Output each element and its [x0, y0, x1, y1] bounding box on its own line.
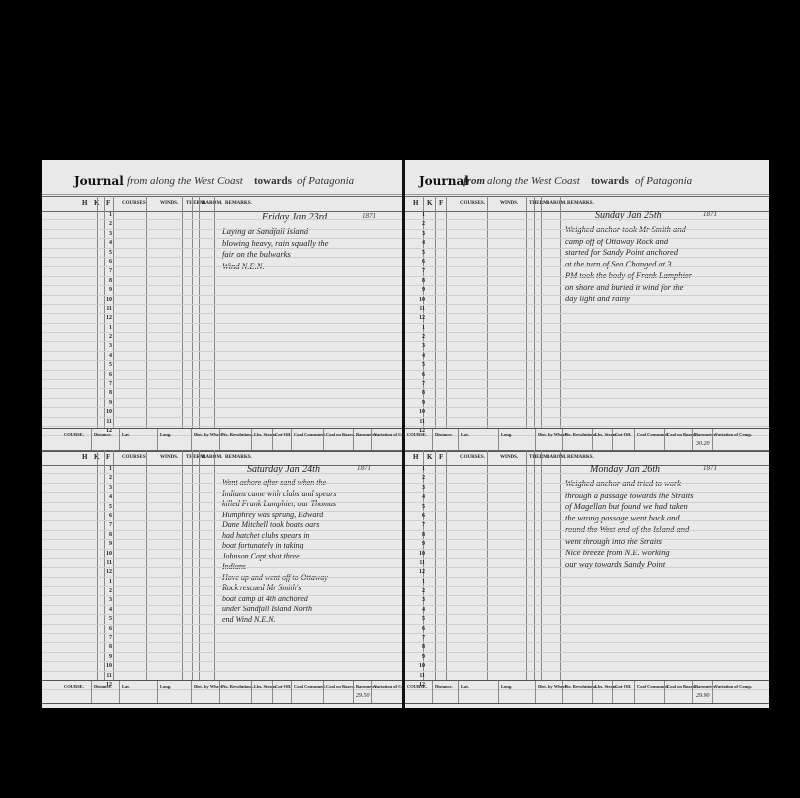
- hour-number: 3: [413, 343, 425, 349]
- journal-label: Journal: [74, 174, 124, 188]
- hour-number: 1: [413, 325, 425, 331]
- form-label: Long.: [501, 684, 512, 689]
- hour-number: 3: [100, 485, 112, 491]
- log-hour-row: 1: [405, 465, 769, 474]
- hour-number: 8: [413, 532, 425, 538]
- form-label: F: [439, 453, 443, 461]
- log-hour-row: 9: [405, 653, 769, 662]
- form-label: No. Revolutions.: [222, 432, 254, 437]
- form-label: Cut-Off.: [275, 432, 291, 437]
- form-label: COURSE.: [407, 684, 427, 689]
- log-hour-row: 1: [405, 211, 769, 220]
- form-label: Coal on Board.: [326, 684, 355, 689]
- hour-number: 5: [100, 616, 112, 622]
- form-label: COURSES.: [460, 201, 485, 206]
- log-hour-row: 5: [405, 503, 769, 512]
- journal-label: Journal: [419, 174, 469, 188]
- hour-number: 6: [100, 513, 112, 519]
- column-divider: [498, 681, 499, 703]
- hour-number: 8: [100, 278, 112, 284]
- column-divider: [692, 429, 693, 451]
- hour-number: 8: [100, 390, 112, 396]
- log-hour-row: 5: [405, 615, 769, 624]
- form-label: WINDS.: [160, 201, 178, 206]
- log-hour-row: 7: [405, 634, 769, 643]
- log-hour-row: 6: [42, 625, 403, 634]
- hour-number: 7: [100, 381, 112, 387]
- log-hour-row: 12: [405, 568, 769, 577]
- hour-number: 1: [100, 466, 112, 472]
- column-divider: [353, 429, 354, 451]
- log-hour-row: 8: [405, 277, 769, 286]
- hour-number: 7: [413, 268, 425, 274]
- column-divider: [535, 681, 536, 703]
- title-from: from: [463, 175, 485, 187]
- column-divider: [251, 681, 252, 703]
- column-divider: [323, 429, 324, 451]
- hour-number: 9: [100, 654, 112, 660]
- log-hour-row: 1: [42, 578, 403, 587]
- log-hour-row: 8: [405, 531, 769, 540]
- hour-number: 10: [100, 551, 112, 557]
- log-hour-row: 12: [42, 314, 403, 323]
- hour-number: 2: [100, 475, 112, 481]
- column-divider: [371, 681, 372, 703]
- log-hour-row: 11: [405, 418, 769, 427]
- log-hour-row: 2: [405, 333, 769, 342]
- log-hour-row: 11: [42, 418, 403, 427]
- form-label: COURSES.: [122, 455, 147, 460]
- hour-number: 4: [413, 607, 425, 613]
- hour-number: 11: [413, 419, 425, 425]
- hour-number: 11: [413, 560, 425, 566]
- hour-number: 12: [100, 315, 112, 321]
- log-hour-row: 7: [42, 634, 403, 643]
- form-label: Cut-Off.: [275, 684, 291, 689]
- column-divider: [612, 681, 613, 703]
- column-divider: [592, 681, 593, 703]
- log-hour-row: 12: [42, 568, 403, 577]
- hour-number: 7: [100, 522, 112, 528]
- log-hour-row: 9: [42, 399, 403, 408]
- hour-number: 1: [413, 212, 425, 218]
- hour-number: 3: [100, 231, 112, 237]
- column-divider: [712, 681, 713, 703]
- hour-number: 5: [100, 250, 112, 256]
- column-divider: [592, 429, 593, 451]
- hour-number: 12: [413, 569, 425, 575]
- hour-number: 5: [413, 504, 425, 510]
- log-hour-row: 6: [405, 512, 769, 521]
- hour-number: 6: [413, 513, 425, 519]
- log-hour-row: 2: [42, 474, 403, 483]
- hour-number: 2: [100, 588, 112, 594]
- column-divider: [458, 429, 459, 451]
- column-divider: [323, 681, 324, 703]
- hour-number: 9: [413, 654, 425, 660]
- hour-number: 9: [413, 287, 425, 293]
- log-hour-row: 5: [405, 249, 769, 258]
- log-hour-row: 12: [405, 314, 769, 323]
- hour-number: 2: [413, 475, 425, 481]
- form-label: REMARKS.: [225, 455, 252, 460]
- form-label: K: [427, 453, 432, 461]
- form-label: Distance.: [94, 684, 112, 689]
- log-hour-row: 6: [405, 625, 769, 634]
- hour-rows: 123456789101112123456789101112: [42, 211, 403, 436]
- log-hour-row: 4: [42, 493, 403, 502]
- hour-number: 4: [413, 240, 425, 246]
- column-divider: [219, 681, 220, 703]
- log-hour-row: 10: [405, 550, 769, 559]
- log-hour-row: 8: [405, 389, 769, 398]
- log-hour-row: 1: [405, 578, 769, 587]
- log-hour-row: 11: [42, 559, 403, 568]
- hour-number: 11: [100, 419, 112, 425]
- title-towards: towards: [591, 175, 629, 187]
- log-hour-row: 8: [42, 389, 403, 398]
- barometer-value: 30.20: [696, 441, 710, 447]
- barometer-value: 29.50: [356, 693, 370, 699]
- hour-number: 4: [100, 240, 112, 246]
- hour-number: 10: [413, 297, 425, 303]
- daily-summary-row: COURSE. Distance. Lat. Long. Dist. by Wh…: [405, 680, 769, 704]
- log-hour-row: 8: [42, 531, 403, 540]
- hour-number: 1: [100, 325, 112, 331]
- log-hour-row: 4: [405, 493, 769, 502]
- column-divider: [291, 681, 292, 703]
- log-hour-row: 9: [405, 286, 769, 295]
- column-divider: [353, 681, 354, 703]
- log-hour-row: 6: [405, 258, 769, 267]
- form-label: Barom.: [202, 455, 222, 460]
- form-label: F: [106, 199, 110, 207]
- right-log-page: Journal from along the West Coast toward…: [405, 160, 769, 708]
- form-label: WINDS.: [160, 455, 178, 460]
- column-divider: [535, 429, 536, 451]
- hour-number: 10: [100, 663, 112, 669]
- form-label: Lbs. Steam.: [254, 684, 277, 689]
- hour-number: 3: [413, 231, 425, 237]
- hour-number: 5: [100, 362, 112, 368]
- column-divider: [664, 429, 665, 451]
- hour-number: 3: [413, 597, 425, 603]
- title-destination: of Patagonia: [635, 175, 692, 187]
- log-hour-row: 10: [405, 296, 769, 305]
- hour-number: 10: [100, 297, 112, 303]
- log-hour-row: 5: [405, 361, 769, 370]
- column-divider: [458, 681, 459, 703]
- hour-number: 12: [413, 315, 425, 321]
- form-label: Lat.: [122, 684, 130, 689]
- title-route: along the West Coast: [487, 175, 580, 187]
- hour-number: 6: [100, 259, 112, 265]
- column-divider: [498, 429, 499, 451]
- log-hour-row: 11: [405, 305, 769, 314]
- log-hour-row: 2: [405, 220, 769, 229]
- hour-rows: 123456789101112123456789101112: [405, 465, 769, 690]
- log-hour-row: 7: [42, 380, 403, 389]
- hour-number: 11: [100, 673, 112, 679]
- hour-number: 7: [413, 381, 425, 387]
- hour-number: 6: [413, 626, 425, 632]
- log-section-upper: H K F COURSES. WINDS. Therm. Barom. REMA…: [42, 196, 403, 428]
- hour-number: 8: [100, 644, 112, 650]
- form-label: REMARKS.: [567, 455, 594, 460]
- log-hour-row: 9: [405, 540, 769, 549]
- log-hour-row: 2: [42, 333, 403, 342]
- form-label: Lbs. Steam.: [254, 432, 277, 437]
- log-hour-row: 3: [405, 230, 769, 239]
- hour-number: 7: [413, 522, 425, 528]
- log-hour-row: 3: [42, 484, 403, 493]
- form-label: H: [82, 199, 87, 207]
- log-hour-row: 10: [405, 408, 769, 417]
- daily-summary-row: COURSE. Distance. Lat. Long. Dist. by Wh…: [42, 428, 403, 452]
- form-label: COURSE.: [64, 684, 84, 689]
- form-label: F: [439, 199, 443, 207]
- form-label: Distance.: [94, 432, 112, 437]
- form-label: F: [106, 453, 110, 461]
- title-from: from: [127, 175, 147, 187]
- hour-number: 5: [413, 362, 425, 368]
- column-divider: [191, 429, 192, 451]
- form-label: H: [82, 453, 87, 461]
- column-divider: [432, 681, 433, 703]
- column-divider: [272, 429, 273, 451]
- hour-number: 1: [100, 212, 112, 218]
- log-hour-row: 2: [42, 220, 403, 229]
- form-label: Coal on Board.: [326, 432, 355, 437]
- barometer-value: 29.90: [696, 693, 710, 699]
- hour-number: 2: [100, 334, 112, 340]
- log-hour-row: 3: [405, 596, 769, 605]
- hour-number: 11: [100, 306, 112, 312]
- log-hour-row: 1: [42, 324, 403, 333]
- log-hour-row: 3: [42, 596, 403, 605]
- log-hour-row: 11: [405, 559, 769, 568]
- hour-number: 5: [413, 616, 425, 622]
- form-label: Long.: [160, 684, 171, 689]
- hour-number: 9: [100, 400, 112, 406]
- form-label: Variation of Comp.: [715, 432, 752, 437]
- column-divider: [371, 429, 372, 451]
- daily-summary-row: COURSE. Distance. Lat. Long. Dist. by Wh…: [42, 680, 403, 704]
- log-hour-row: 6: [405, 371, 769, 380]
- form-label: K: [427, 199, 432, 207]
- title-route: along the West Coast: [150, 175, 243, 187]
- hour-number: 2: [413, 334, 425, 340]
- hour-number: 3: [100, 597, 112, 603]
- hour-number: 8: [413, 390, 425, 396]
- title-towards: towards: [254, 175, 292, 187]
- column-divider: [91, 681, 92, 703]
- journal-title-row: Journal from along the West Coast toward…: [42, 172, 403, 195]
- form-label: WINDS.: [500, 201, 518, 206]
- column-divider: [119, 681, 120, 703]
- log-hour-row: 11: [42, 305, 403, 314]
- log-hour-row: 7: [405, 521, 769, 530]
- column-divider: [634, 429, 635, 451]
- log-hour-row: 1: [405, 324, 769, 333]
- form-label: Barometer.: [695, 432, 716, 437]
- log-hour-row: 1: [42, 211, 403, 220]
- hour-number: 1: [413, 466, 425, 472]
- hour-number: 6: [413, 259, 425, 265]
- log-hour-row: 8: [405, 643, 769, 652]
- form-label: COURSE.: [64, 432, 84, 437]
- column-divider: [119, 429, 120, 451]
- hour-number: 10: [413, 663, 425, 669]
- column-divider: [251, 429, 252, 451]
- log-hour-row: 3: [42, 230, 403, 239]
- form-label: WINDS.: [500, 455, 518, 460]
- form-label: Lat.: [461, 432, 469, 437]
- log-hour-row: 5: [42, 503, 403, 512]
- hour-number: 2: [100, 221, 112, 227]
- hour-number: 6: [413, 372, 425, 378]
- hour-number: 9: [413, 541, 425, 547]
- hour-number: 5: [100, 504, 112, 510]
- log-hour-row: 5: [42, 361, 403, 370]
- log-hour-row: 6: [42, 258, 403, 267]
- hour-number: 8: [100, 532, 112, 538]
- form-label: Cut-Off.: [615, 432, 631, 437]
- left-log-page: Journal from along the West Coast toward…: [42, 160, 403, 708]
- journal-title-row: Journal from along the West Coast toward…: [405, 172, 769, 195]
- form-label: Lat.: [122, 432, 130, 437]
- log-hour-row: 8: [42, 277, 403, 286]
- column-divider: [432, 429, 433, 451]
- form-label: Long.: [501, 432, 512, 437]
- log-section-lower: H K F COURSES. WINDS. Therm. Barom. REMA…: [42, 450, 403, 680]
- form-label: COURSE.: [407, 432, 427, 437]
- form-label: Long.: [160, 432, 171, 437]
- log-hour-row: 2: [405, 474, 769, 483]
- hour-number: 6: [100, 372, 112, 378]
- form-label: COURSES.: [460, 455, 485, 460]
- hour-number: 2: [413, 588, 425, 594]
- column-divider: [272, 681, 273, 703]
- hour-number: 11: [100, 560, 112, 566]
- form-label: No. Revolutions.: [222, 684, 254, 689]
- log-hour-row: 1: [42, 465, 403, 474]
- title-destination: of Patagonia: [297, 175, 354, 187]
- column-divider: [91, 429, 92, 451]
- form-label: Cut-Off.: [615, 684, 631, 689]
- hour-number: 10: [413, 551, 425, 557]
- log-hour-row: 2: [42, 587, 403, 596]
- log-hour-row: 7: [405, 267, 769, 276]
- hour-number: 10: [413, 409, 425, 415]
- log-hour-row: 10: [42, 550, 403, 559]
- form-label: Barom.: [546, 201, 566, 206]
- hour-number: 3: [100, 343, 112, 349]
- log-hour-row: 4: [405, 606, 769, 615]
- column-divider: [634, 681, 635, 703]
- hour-number: 1: [100, 579, 112, 585]
- hour-number: 4: [100, 607, 112, 613]
- form-label: Barom.: [546, 455, 566, 460]
- log-hour-row: 8: [42, 643, 403, 652]
- hour-number: 4: [100, 353, 112, 359]
- column-divider: [291, 429, 292, 451]
- log-hour-row: 4: [405, 239, 769, 248]
- log-hour-row: 6: [42, 371, 403, 380]
- hour-rows: 123456789101112123456789101112: [405, 211, 769, 436]
- hour-number: 7: [100, 268, 112, 274]
- hour-rows: 123456789101112123456789101112: [42, 465, 403, 690]
- column-divider: [219, 429, 220, 451]
- form-label: H: [413, 453, 418, 461]
- log-hour-row: 6: [42, 512, 403, 521]
- log-section-upper: H K F COURSES. WINDS. Therm. Barom. REMA…: [405, 196, 769, 428]
- column-divider: [157, 429, 158, 451]
- form-label: Barometer.: [695, 684, 716, 689]
- hour-number: 7: [100, 635, 112, 641]
- hour-number: 3: [413, 485, 425, 491]
- hour-number: 9: [100, 541, 112, 547]
- hour-number: 2: [413, 221, 425, 227]
- form-label: Lat.: [461, 684, 469, 689]
- hour-number: 12: [100, 569, 112, 575]
- hour-number: 5: [413, 250, 425, 256]
- form-label: REMARKS.: [567, 201, 594, 206]
- log-hour-row: 7: [42, 521, 403, 530]
- log-hour-row: 9: [42, 286, 403, 295]
- form-label: Variation of Comp.: [715, 684, 752, 689]
- column-divider: [562, 429, 563, 451]
- form-label: Coal Consumed.: [294, 684, 326, 689]
- log-hour-row: 3: [405, 484, 769, 493]
- hour-number: 4: [413, 494, 425, 500]
- log-hour-row: 9: [42, 540, 403, 549]
- column-divider: [612, 429, 613, 451]
- hour-number: 11: [413, 306, 425, 312]
- log-section-lower: H K F COURSES. WINDS. Therm. Barom. REMA…: [405, 450, 769, 680]
- form-label: COURSES.: [122, 201, 147, 206]
- log-hour-row: 4: [42, 606, 403, 615]
- column-divider: [157, 681, 158, 703]
- column-divider: [562, 681, 563, 703]
- log-hour-row: 2: [405, 587, 769, 596]
- hour-number: 9: [413, 400, 425, 406]
- log-hour-row: 9: [42, 653, 403, 662]
- log-hour-row: 10: [42, 662, 403, 671]
- log-hour-row: 3: [405, 342, 769, 351]
- daily-summary-row: COURSE. Distance. Lat. Long. Dist. by Wh…: [405, 428, 769, 452]
- log-hour-row: 7: [405, 380, 769, 389]
- log-hour-row: 5: [42, 615, 403, 624]
- log-hour-row: 9: [405, 399, 769, 408]
- log-hour-row: 10: [42, 408, 403, 417]
- log-hour-row: 10: [42, 296, 403, 305]
- column-divider: [191, 681, 192, 703]
- form-label: REMARKS.: [225, 201, 252, 206]
- column-divider: [664, 681, 665, 703]
- log-hour-row: 4: [405, 352, 769, 361]
- hour-number: 7: [413, 635, 425, 641]
- log-hour-row: 4: [42, 352, 403, 361]
- form-label: Barom.: [202, 201, 222, 206]
- log-hour-row: 4: [42, 239, 403, 248]
- form-label: Coal Consumed.: [294, 432, 326, 437]
- hour-number: 4: [413, 353, 425, 359]
- form-label: Distance.: [435, 432, 453, 437]
- hour-number: 9: [100, 287, 112, 293]
- log-hour-row: 5: [42, 249, 403, 258]
- hour-number: 10: [100, 409, 112, 415]
